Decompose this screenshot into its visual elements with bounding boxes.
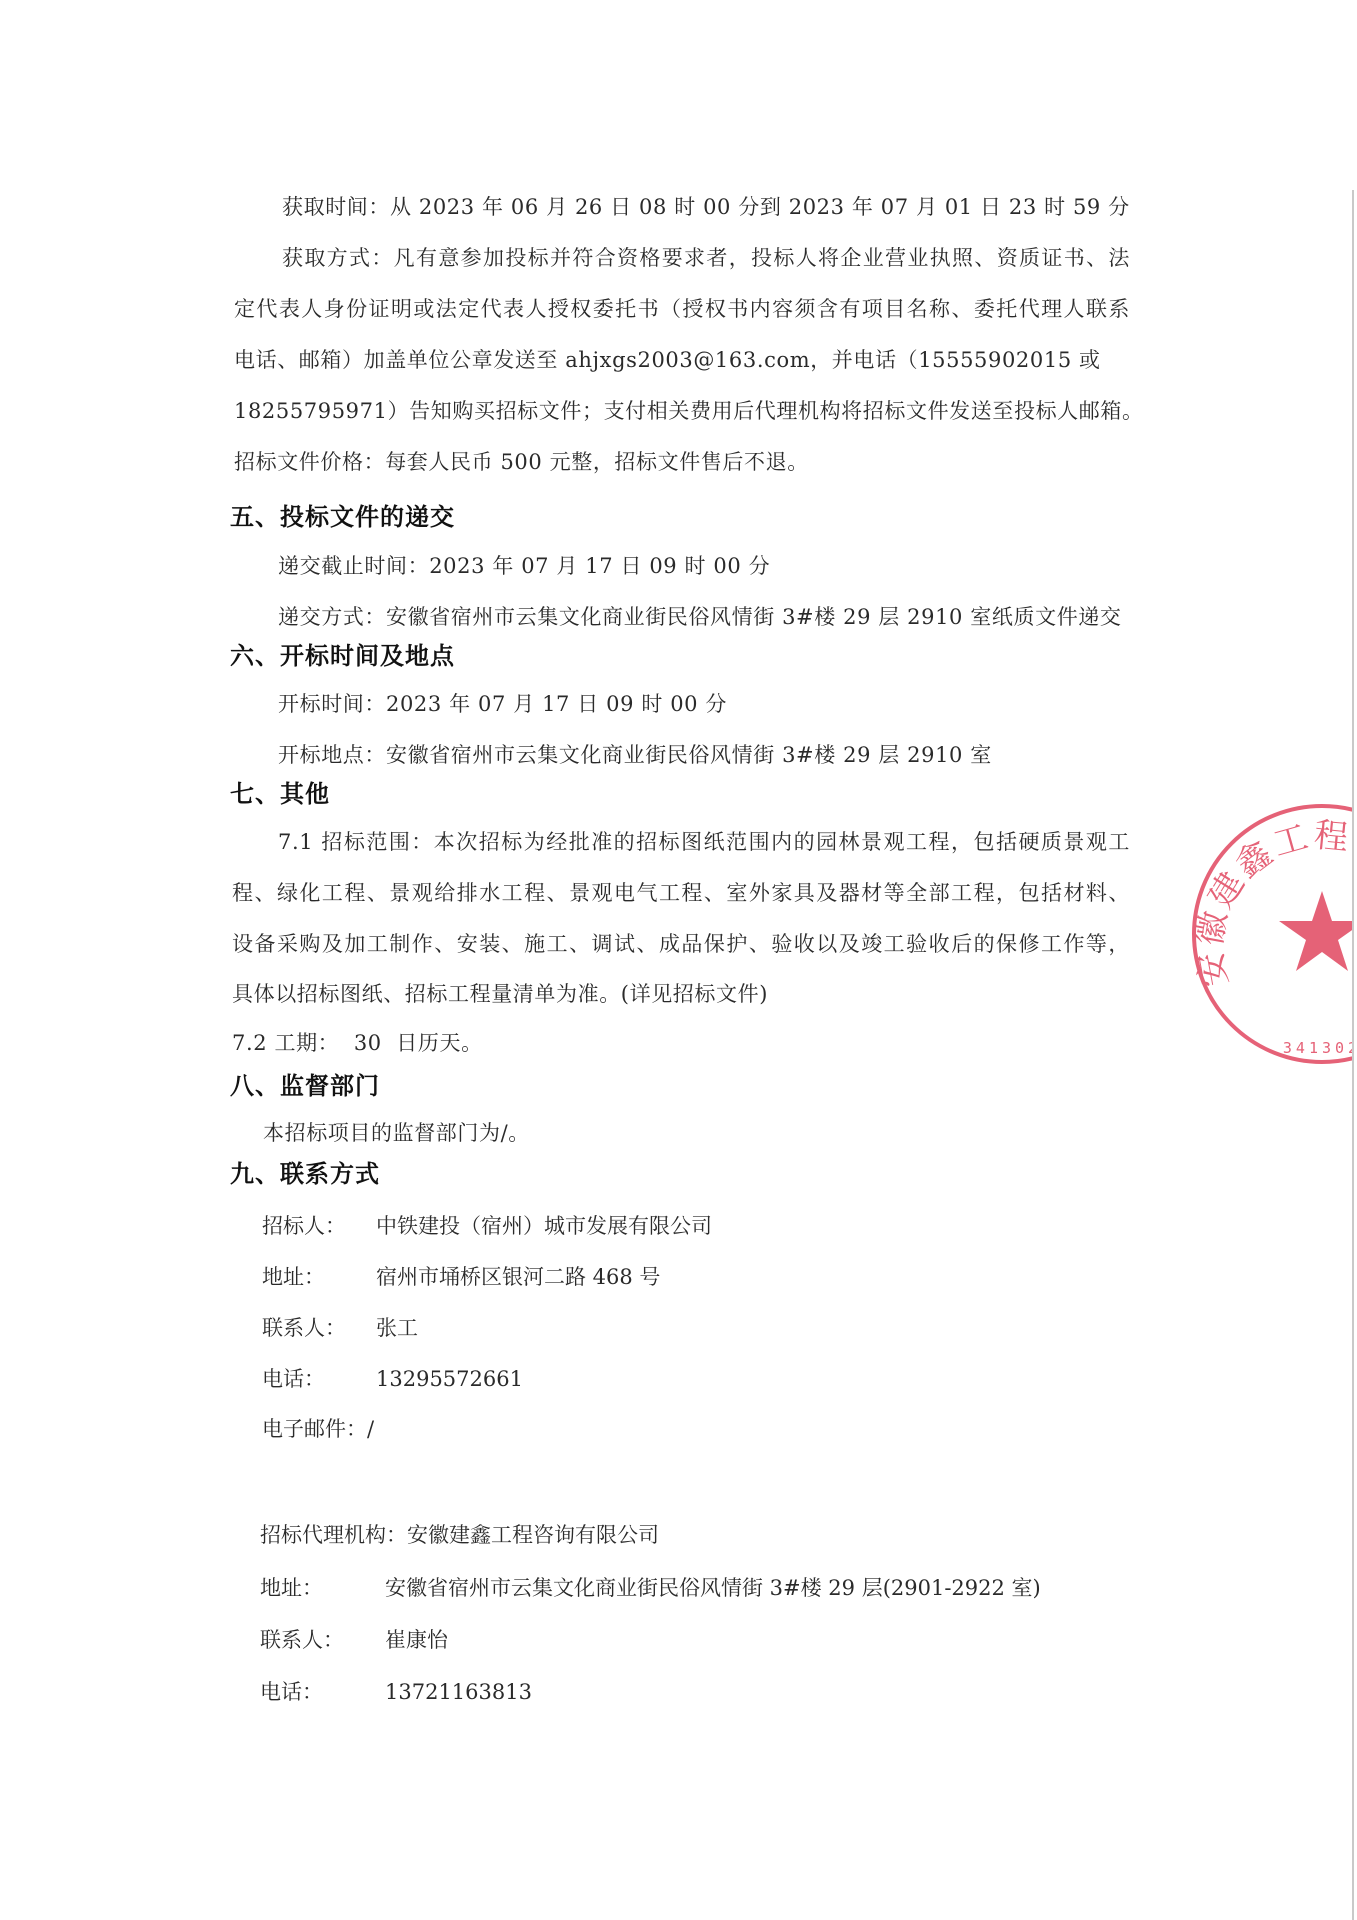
agency-address-row: 地址： 安徽省宿州市云集文化商业街民俗风情街 3#楼 29 层(2901-292… [260, 1575, 1041, 1601]
document-price: 招标文件价格：每套人民币 500 元整，招标文件售后不退。 [234, 449, 809, 475]
agency-name-value: 安徽建鑫工程咨询有限公司 [407, 1522, 659, 1548]
obtain-method-line-1: 获取方式：凡有意参加投标并符合资格要求者，投标人将企业营业执照、资质证书、法 [282, 245, 1130, 271]
section-7-heading: 七、其他 [230, 779, 330, 809]
page-edge-line [1352, 190, 1354, 1920]
scope-line-2: 程、绿化工程、景观给排水工程、景观电气工程、室外家具及器材等全部工程，包括材料、 [232, 880, 1130, 906]
scope-line-3: 设备采购及加工制作、安装、施工、调试、成品保护、验收以及竣工验收后的保修工作等， [232, 931, 1130, 957]
agency-phone-value: 13721163813 [385, 1679, 532, 1705]
tenderer-email-label: 电子邮件： [262, 1416, 367, 1442]
agency-address-label: 地址： [260, 1575, 385, 1601]
obtain-time: 获取时间：从 2023 年 06 月 26 日 08 时 00 分到 2023 … [282, 194, 1130, 220]
obtain-method-line-4: 18255795971）告知购买招标文件；支付相关费用后代理机构将招标文件发送至… [234, 398, 1130, 424]
agency-contact-row: 联系人： 崔康怡 [260, 1627, 448, 1653]
submission-method: 递交方式：安徽省宿州市云集文化商业街民俗风情街 3#楼 29 层 2910 室纸… [278, 604, 1122, 630]
submission-deadline: 递交截止时间：2023 年 07 月 17 日 09 时 00 分 [278, 553, 770, 579]
stamp-clip-region: 安徽建鑫工程咨询有限公司 341302 [0, 0, 1352, 1920]
agency-name-label: 招标代理机构： [260, 1522, 407, 1548]
tenderer-address-label: 地址： [262, 1264, 376, 1290]
tenderer-name-value: 中铁建投（宿州）城市发展有限公司 [376, 1213, 712, 1239]
tenderer-name-row: 招标人： 中铁建投（宿州）城市发展有限公司 [262, 1213, 712, 1239]
construction-period: 7.2 工期： 30 日历天。 [232, 1030, 483, 1056]
scope-line-4: 具体以招标图纸、招标工程量清单为准。(详见招标文件) [232, 981, 768, 1007]
agency-phone-row: 电话： 13721163813 [260, 1679, 532, 1705]
tenderer-contact-label: 联系人： [262, 1315, 376, 1341]
tenderer-phone-row: 电话： 13295572661 [262, 1366, 523, 1392]
tenderer-name-label: 招标人： [262, 1213, 376, 1239]
svg-text:安徽建鑫工程咨询有限公司: 安徽建鑫工程咨询有限公司 [1189, 801, 1352, 1013]
section-8-heading: 八、监督部门 [230, 1071, 380, 1101]
svg-text:341302: 341302 [1283, 1039, 1352, 1057]
opening-place: 开标地点：安徽省宿州市云集文化商业街民俗风情街 3#楼 29 层 2910 室 [278, 742, 992, 768]
tenderer-email-value: / [367, 1416, 374, 1442]
opening-time: 开标时间：2023 年 07 月 17 日 09 时 00 分 [278, 691, 727, 717]
tenderer-email-row: 电子邮件：/ [262, 1416, 374, 1442]
agency-address-value: 安徽省宿州市云集文化商业街民俗风情街 3#楼 29 层(2901-2922 室) [385, 1575, 1041, 1601]
agency-name-row: 招标代理机构：安徽建鑫工程咨询有限公司 [260, 1522, 659, 1548]
agency-phone-label: 电话： [260, 1679, 385, 1705]
agency-contact-value: 崔康怡 [385, 1627, 448, 1653]
tenderer-phone-label: 电话： [262, 1366, 376, 1392]
tenderer-contact-row: 联系人： 张工 [262, 1315, 418, 1341]
section-6-heading: 六、开标时间及地点 [230, 641, 455, 671]
company-seal-icon: 安徽建鑫工程咨询有限公司 341302 [1189, 801, 1352, 1067]
tenderer-contact-value: 张工 [376, 1315, 418, 1341]
supervision-text: 本招标项目的监督部门为/。 [263, 1120, 530, 1146]
section-5-heading: 五、投标文件的递交 [230, 502, 455, 532]
tenderer-address-row: 地址： 宿州市埇桥区银河二路 468 号 [262, 1264, 660, 1290]
obtain-method-line-2: 定代表人身份证明或法定代表人授权委托书（授权书内容须含有项目名称、委托代理人联系 [234, 296, 1130, 322]
scope-line-1: 7.1 招标范围：本次招标为经批准的招标图纸范围内的园林景观工程，包括硬质景观工 [278, 829, 1130, 855]
obtain-method-line-3: 电话、邮箱）加盖单位公章发送至 ahjxgs2003@163.com，并电话（1… [234, 347, 1101, 373]
tenderer-phone-value: 13295572661 [376, 1366, 523, 1392]
section-9-heading: 九、联系方式 [230, 1159, 380, 1189]
tenderer-address-value: 宿州市埇桥区银河二路 468 号 [376, 1264, 660, 1290]
agency-contact-label: 联系人： [260, 1627, 385, 1653]
